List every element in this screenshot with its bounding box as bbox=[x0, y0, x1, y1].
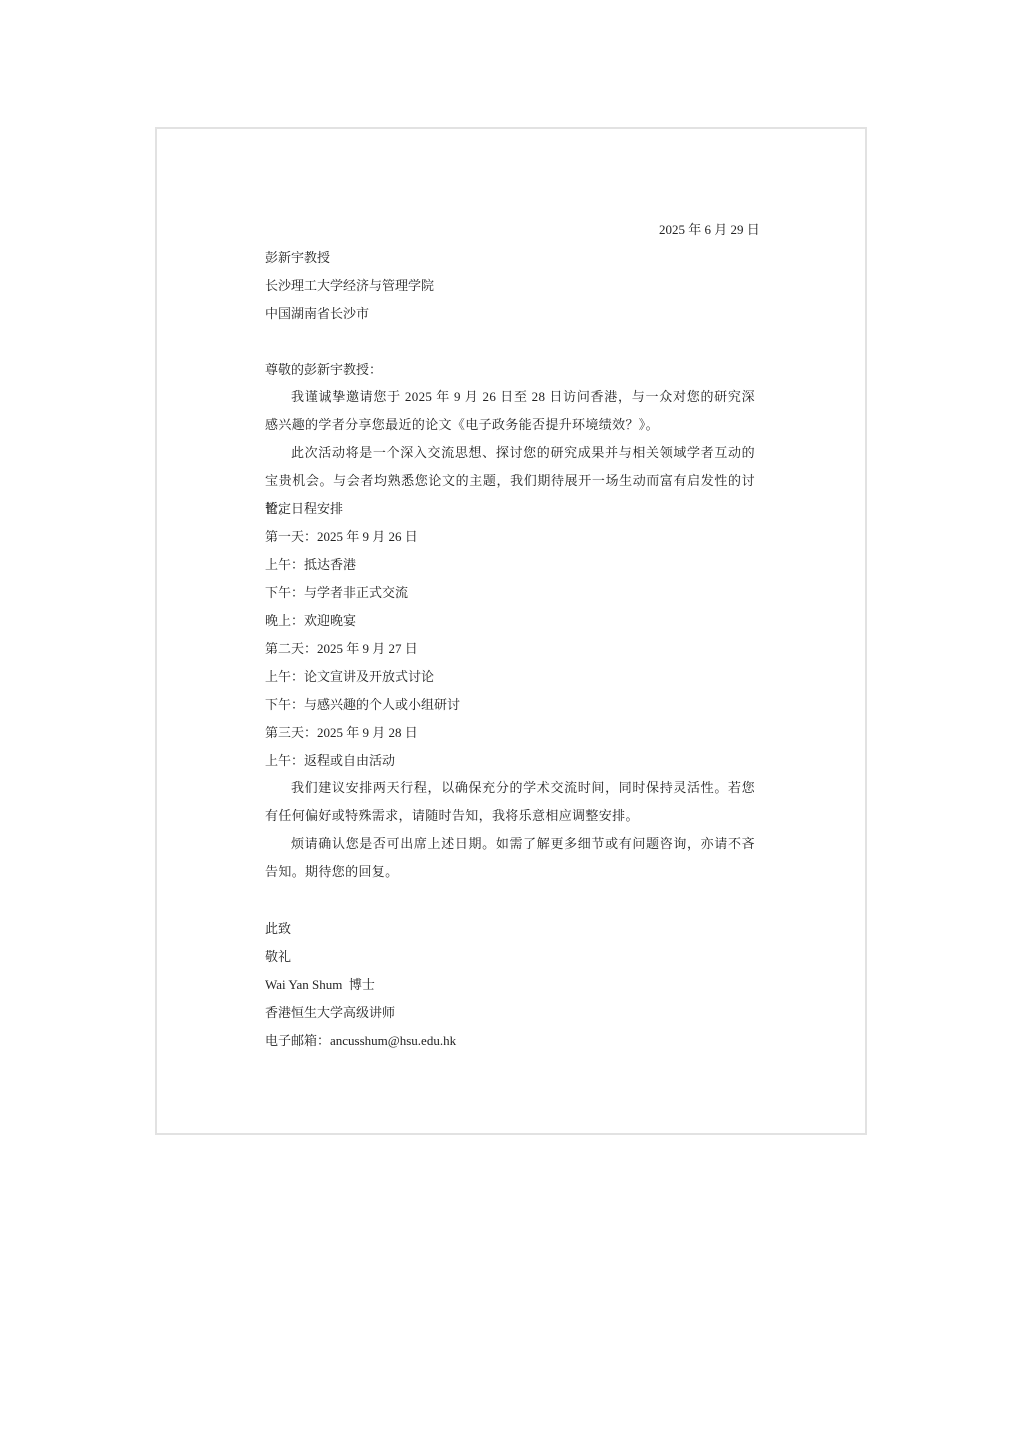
closing-paragraph-2: 烦请确认您是否可出席上述日期。如需了解更多细节或有问题咨询，亦请不吝告知。期待您… bbox=[265, 830, 755, 886]
schedule-item: 下午：与感兴趣的个人或小组研讨 bbox=[265, 697, 460, 713]
salutation: 尊敬的彭新宇教授： bbox=[265, 362, 382, 378]
document-page bbox=[155, 127, 867, 1135]
sender-name: Wai Yan Shum 博士 bbox=[265, 977, 375, 993]
schedule-item: 上午：返程或自由活动 bbox=[265, 753, 395, 769]
recipient-location: 中国湖南省长沙市 bbox=[265, 306, 369, 322]
schedule-title: 暂定日程安排 bbox=[265, 501, 343, 517]
schedule-item: 第三天：2025 年 9 月 28 日 bbox=[265, 725, 418, 741]
recipient-institution: 长沙理工大学经济与管理学院 bbox=[265, 278, 434, 294]
schedule-item: 第二天：2025 年 9 月 27 日 bbox=[265, 641, 418, 657]
schedule-item: 上午：抵达香港 bbox=[265, 557, 356, 573]
schedule-item: 第一天：2025 年 9 月 26 日 bbox=[265, 529, 418, 545]
letter-date: 2025 年 6 月 29 日 bbox=[659, 222, 760, 238]
sender-title: 香港恒生大学高级讲师 bbox=[265, 1005, 395, 1021]
signoff-line-1: 此致 bbox=[265, 921, 291, 937]
schedule-item: 晚上：欢迎晚宴 bbox=[265, 613, 356, 629]
schedule-item: 下午：与学者非正式交流 bbox=[265, 585, 408, 601]
schedule-item: 上午：论文宣讲及开放式讨论 bbox=[265, 669, 434, 685]
signoff-line-2: 敬礼 bbox=[265, 949, 291, 965]
body-paragraph-1: 我谨诚挚邀请您于 2025 年 9 月 26 日至 28 日访问香港，与一众对您… bbox=[265, 383, 755, 439]
recipient-name: 彭新宇教授 bbox=[265, 250, 330, 266]
closing-paragraph-1: 我们建议安排两天行程，以确保充分的学术交流时间，同时保持灵活性。若您有任何偏好或… bbox=[265, 774, 755, 830]
sender-email[interactable]: 电子邮箱：ancusshum@hsu.edu.hk bbox=[265, 1033, 456, 1049]
